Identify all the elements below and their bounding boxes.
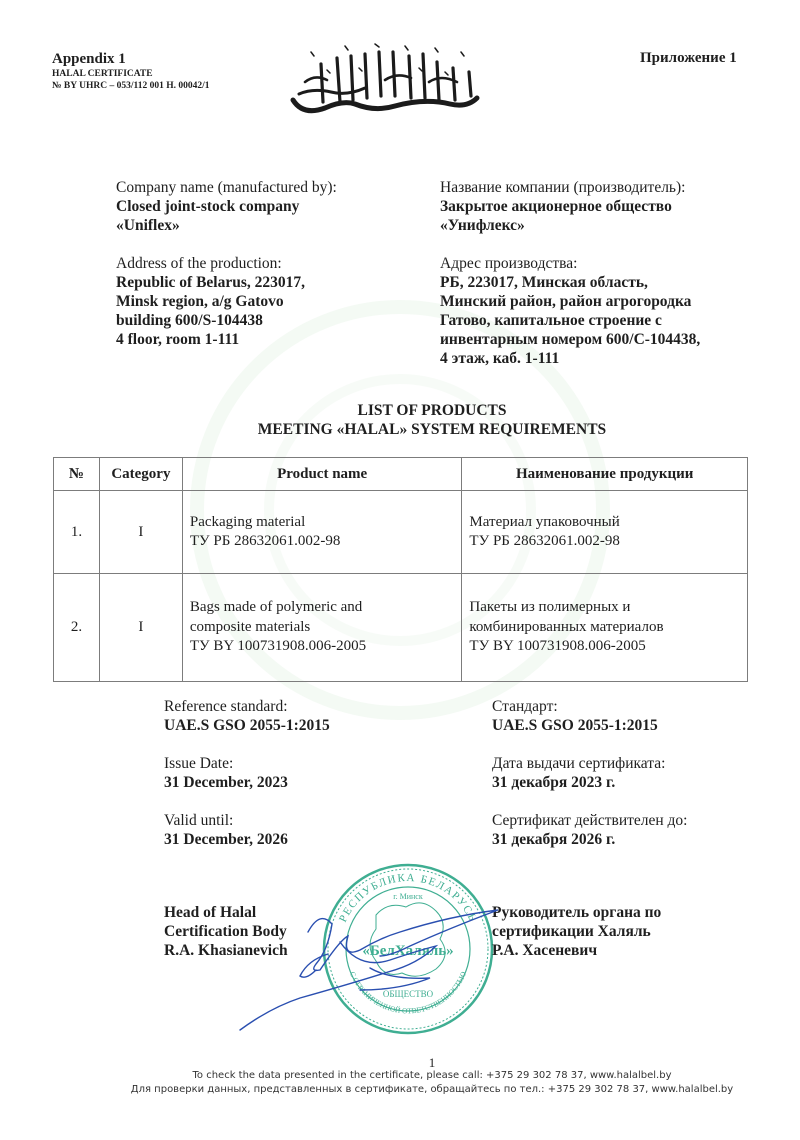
certificate-details-en: Reference standard: UAE.S GSO 2055-1:201… bbox=[164, 697, 464, 849]
product-spec-line-ru: ТУ РБ 28632061.002-98 bbox=[469, 532, 746, 552]
valid-until-value: 31 December, 2026 bbox=[164, 830, 464, 849]
row-number: 1. bbox=[54, 491, 100, 574]
certificate-label: HALAL CERTIFICATE bbox=[52, 70, 210, 80]
standard-value: UAE.S GSO 2055-1:2015 bbox=[164, 716, 464, 735]
row-number: 2. bbox=[54, 574, 100, 682]
product-spec-line-ru: ТУ BY 100731908.006-2005 bbox=[469, 637, 746, 657]
company-name-line-ru: Закрытое акционерное общество bbox=[440, 197, 770, 216]
product-table: № Category Product name Наименование про… bbox=[53, 457, 748, 682]
product-spec-line: ТУ РБ 28632061.002-98 bbox=[190, 532, 461, 552]
footer-contact-en: To check the data presented in the certi… bbox=[0, 1069, 800, 1083]
row-category: I bbox=[99, 574, 182, 682]
table-row: 1. I Packaging material ТУ РБ 28632061.0… bbox=[54, 491, 748, 574]
company-name-label-ru: Название компании (производитель): bbox=[440, 178, 770, 197]
product-name-line: composite materials bbox=[190, 618, 461, 638]
address-line: Minsk region, a/g Gatovo bbox=[116, 292, 426, 311]
address-line-ru: Минский район, район агрогородка bbox=[440, 292, 770, 311]
product-name-line-ru: Материал упаковочный bbox=[469, 513, 746, 533]
column-header-number: № bbox=[54, 458, 100, 491]
appendix-title: Appendix 1 bbox=[52, 52, 210, 67]
company-name-label: Company name (manufactured by): bbox=[116, 178, 426, 197]
column-header-category: Category bbox=[99, 458, 182, 491]
product-list-title: LIST OF PRODUCTS MEETING «HALAL» SYSTEM … bbox=[0, 401, 800, 439]
address-line: 4 floor, room 1-111 bbox=[116, 330, 426, 349]
address-line: building 600/S-104438 bbox=[116, 311, 426, 330]
row-product-name-ru: Пакеты из полимерных и комбинированных м… bbox=[462, 574, 748, 682]
appendix-title-ru: Приложение 1 bbox=[640, 50, 737, 67]
certificate-header: Appendix 1 HALAL CERTIFICATE № BY UHRC –… bbox=[52, 52, 210, 91]
table-row: 2. I Bags made of polymeric and composit… bbox=[54, 574, 748, 682]
company-name-line-ru: «Унифлекс» bbox=[440, 216, 770, 235]
row-product-name-en: Bags made of polymeric and composite mat… bbox=[182, 574, 462, 682]
issue-date-value-ru: 31 декабря 2023 г. bbox=[492, 773, 772, 792]
page-number: 1 bbox=[0, 1056, 800, 1069]
address-line-ru: РБ, 223017, Минская область, bbox=[440, 273, 770, 292]
company-name-line: «Uniflex» bbox=[116, 216, 426, 235]
page-footer: 1 To check the data presented in the cer… bbox=[0, 1056, 800, 1097]
address-label: Address of the production: bbox=[116, 254, 426, 273]
address-label-ru: Адрес производства: bbox=[440, 254, 770, 273]
issue-date-label: Issue Date: bbox=[164, 754, 464, 773]
valid-until-label: Valid until: bbox=[164, 811, 464, 830]
row-product-name-en: Packaging material ТУ РБ 28632061.002-98 bbox=[182, 491, 462, 574]
certificate-details-ru: Стандарт: UAE.S GSO 2055-1:2015 Дата выд… bbox=[492, 697, 772, 849]
product-name-line-ru: Пакеты из полимерных и bbox=[469, 598, 746, 618]
row-category: I bbox=[99, 491, 182, 574]
company-name-line: Closed joint-stock company bbox=[116, 197, 426, 216]
address-line: Republic of Belarus, 223017, bbox=[116, 273, 426, 292]
address-line-ru: 4 этаж, каб. 1-111 bbox=[440, 349, 770, 368]
company-info-ru: Название компании (производитель): Закры… bbox=[440, 178, 770, 368]
address-line-ru: Гатово, капитальное строение с bbox=[440, 311, 770, 330]
valid-until-label-ru: Сертификат действителен до: bbox=[492, 811, 772, 830]
product-name-line: Bags made of polymeric and bbox=[190, 598, 461, 618]
list-title-line: MEETING «HALAL» SYSTEM REQUIREMENTS bbox=[0, 420, 800, 439]
standard-label-ru: Стандарт: bbox=[492, 697, 772, 716]
product-name-line-ru: комбинированных материалов bbox=[469, 618, 746, 638]
bismillah-calligraphy-icon bbox=[285, 38, 485, 122]
issue-date-label-ru: Дата выдачи сертификата: bbox=[492, 754, 772, 773]
product-spec-line: ТУ BY 100731908.006-2005 bbox=[190, 637, 461, 657]
standard-label: Reference standard: bbox=[164, 697, 464, 716]
list-title-line: LIST OF PRODUCTS bbox=[0, 401, 800, 420]
row-product-name-ru: Материал упаковочный ТУ РБ 28632061.002-… bbox=[462, 491, 748, 574]
address-line-ru: инвентарным номером 600/С-104438, bbox=[440, 330, 770, 349]
issue-date-value: 31 December, 2023 bbox=[164, 773, 464, 792]
footer-contact-ru: Для проверки данных, представленных в се… bbox=[0, 1083, 800, 1097]
product-name-line: Packaging material bbox=[190, 513, 461, 533]
certificate-number: № BY UHRC – 053/112 001 H. 00042/1 bbox=[52, 82, 210, 92]
valid-until-value-ru: 31 декабря 2026 г. bbox=[492, 830, 772, 849]
handwritten-signature-icon bbox=[220, 880, 520, 1040]
standard-value-ru: UAE.S GSO 2055-1:2015 bbox=[492, 716, 772, 735]
column-header-product-name-ru: Наименование продукции bbox=[462, 458, 748, 491]
company-info-en: Company name (manufactured by): Closed j… bbox=[116, 178, 426, 349]
table-header-row: № Category Product name Наименование про… bbox=[54, 458, 748, 491]
column-header-product-name: Product name bbox=[182, 458, 462, 491]
